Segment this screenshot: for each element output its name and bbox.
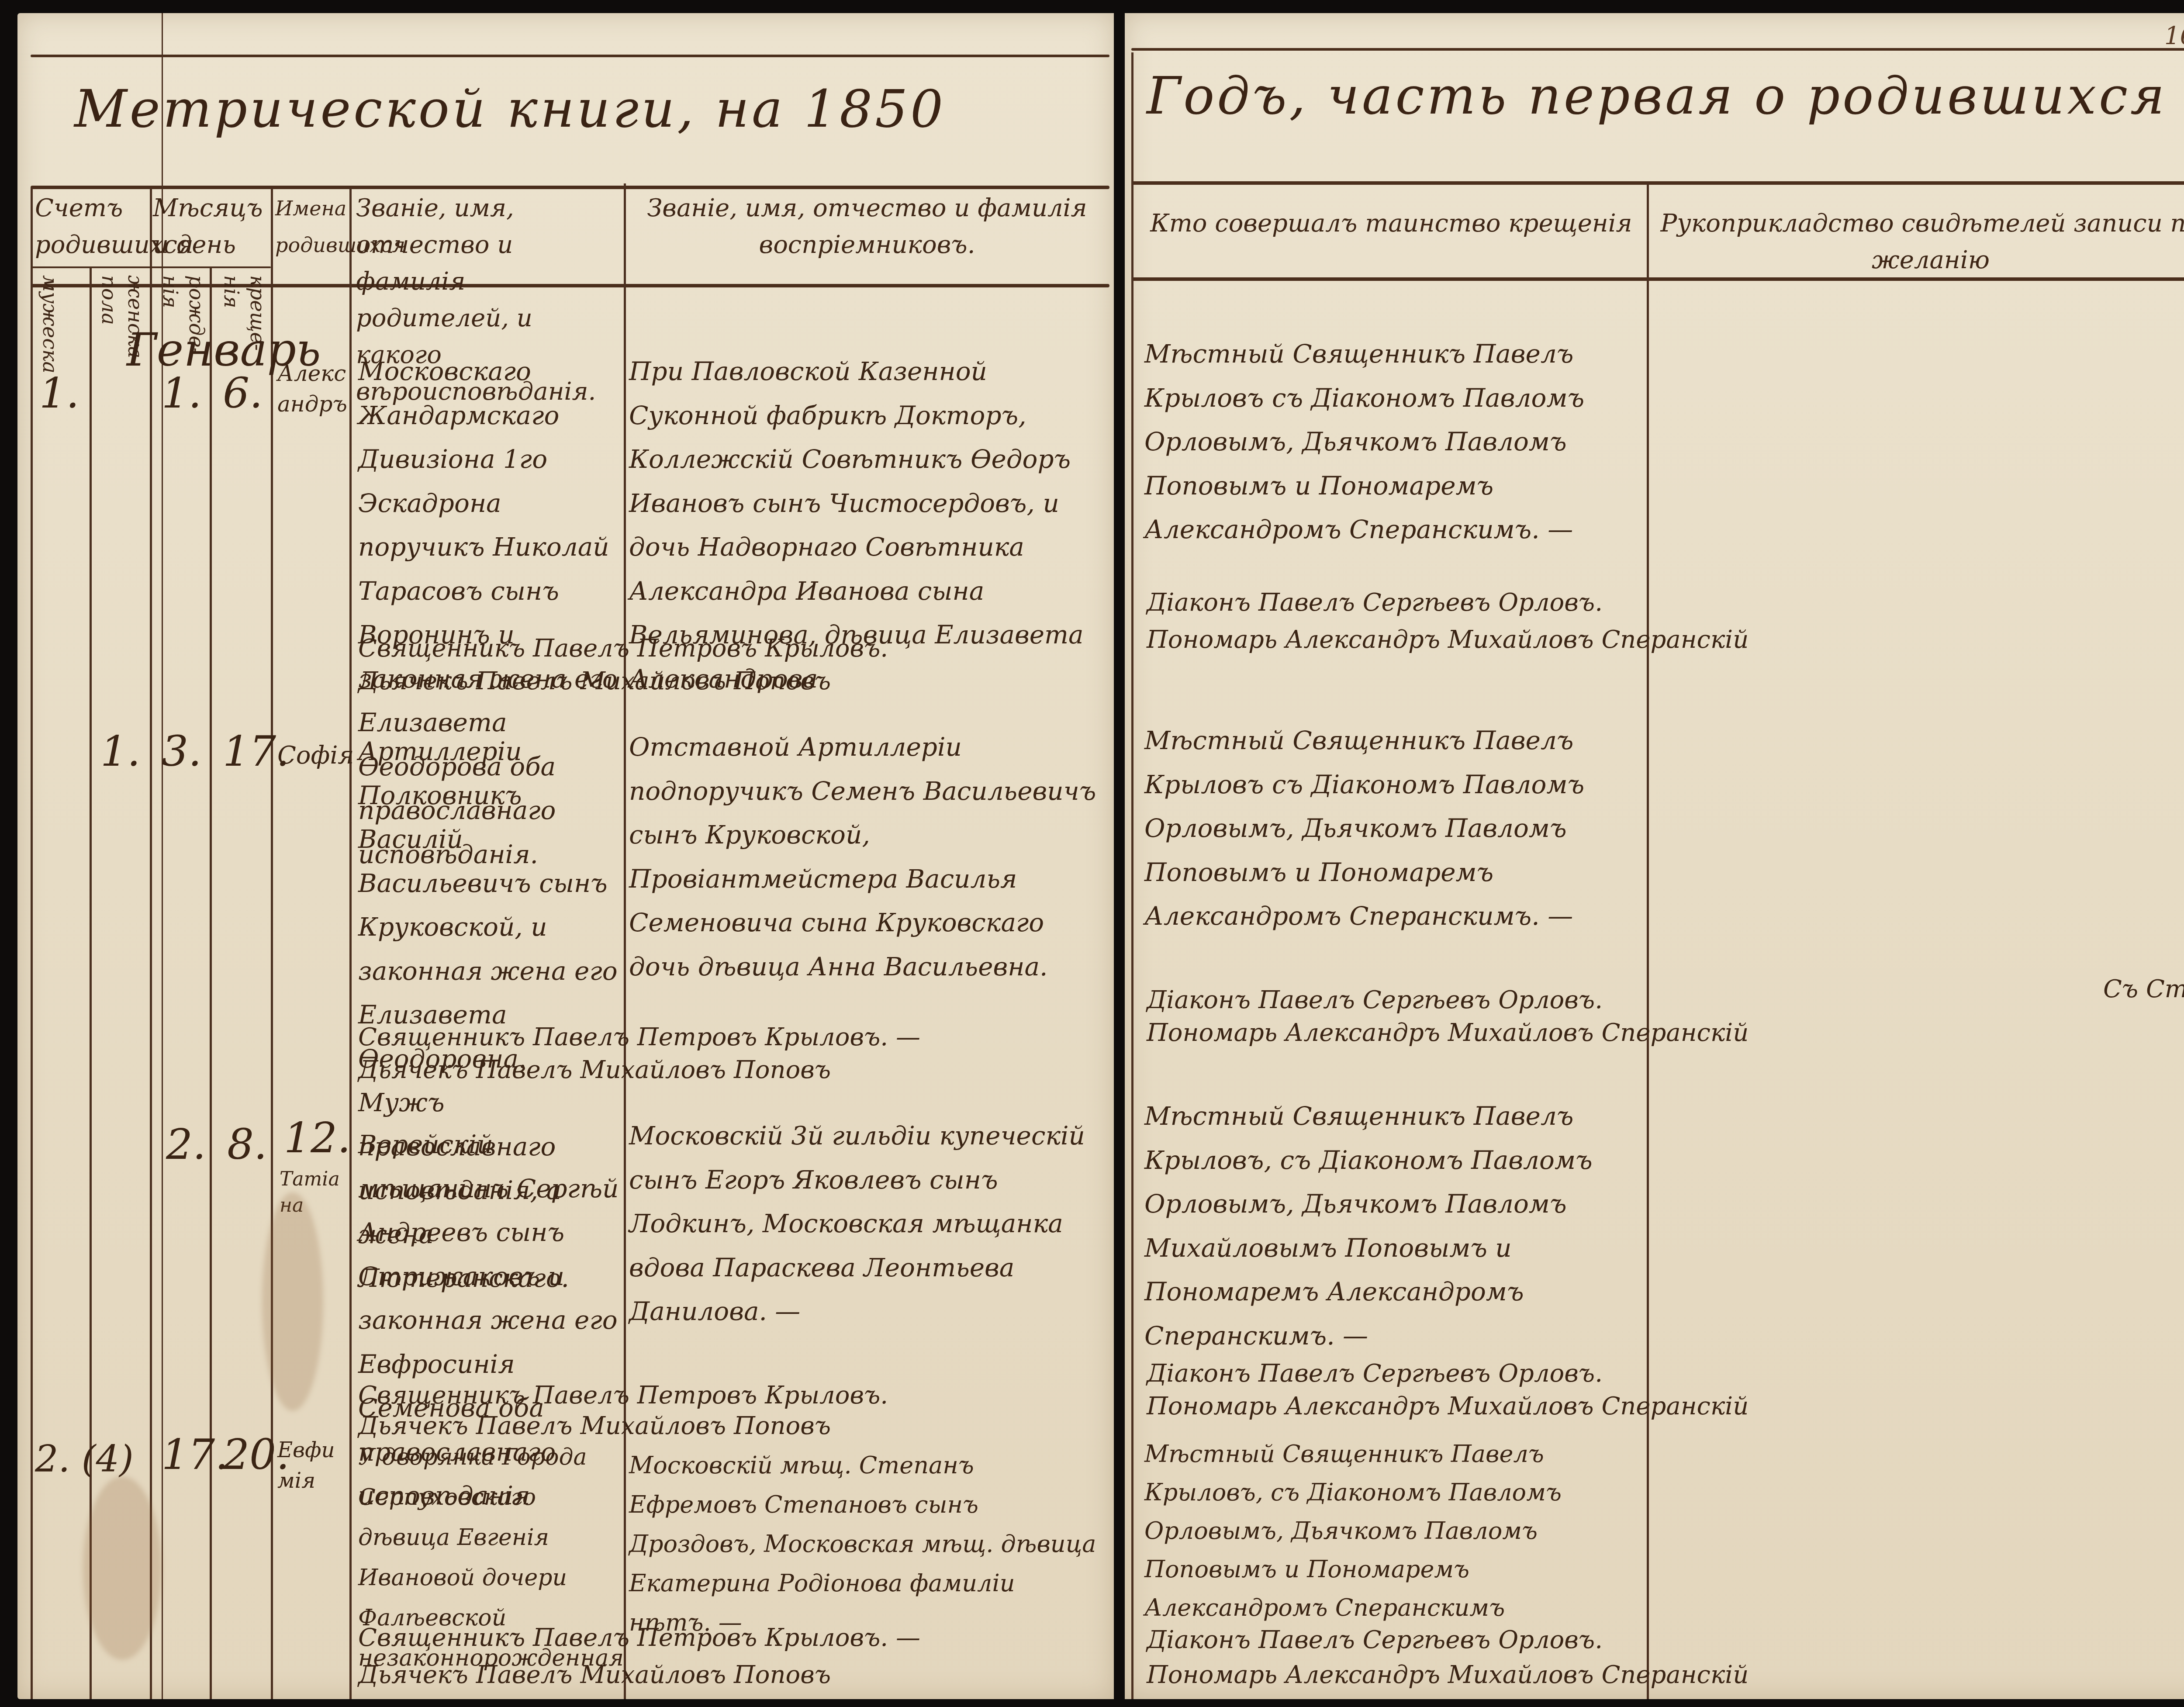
ink-stain [262,1192,323,1411]
header-baptism-day: креще­нія [218,275,271,319]
top-rule [31,55,1109,57]
right-page: 165 Годъ, часть первая о родившихся Кто … [1125,13,2184,1699]
entry-1-signature-sexton: Пономарь Александръ Михайловъ Сперанскій [1147,625,1749,655]
entry-3-performed-by: Мѣстный Священникъ Павелъ Крыловъ, съ Ді… [1144,1094,1642,1358]
entry-1-performed-by: Мѣстный Священникъ Павелъ Крыловъ съ Діа… [1144,332,1642,552]
entry-2-female: 1. [100,729,141,773]
entry-4-signature-deacon: Дьячекъ Павелъ Михайловъ Поповъ [358,1660,831,1690]
col-line [31,188,33,1699]
col-line [1131,52,1133,1699]
header-top-rule [1131,181,2184,185]
header-witness-signatures: Рукоприкладство свидѣтелей записи по жел… [1655,205,2184,279]
entry-1-baptism-day: 6. [223,371,263,415]
ink-stain [83,1476,162,1660]
entry-2-signature-priest: Священникъ Павелъ Петровъ Крыловъ. — [358,1022,920,1053]
entry-1-male: 1. [39,371,79,415]
entry-4-signature-priest: Священникъ Павелъ Петровъ Крыловъ. — [358,1623,920,1653]
entry-3-baptism-day: 12. [284,1116,351,1160]
entry-4-performed-by: Мѣстный Священникъ Павелъ Крыловъ, съ Ді… [1144,1435,1642,1627]
title-right: Годъ, часть первая о родившихся [1147,66,2167,126]
entry-1-signature-deacon: Дьячекъ Павелъ Михайловъ Поповъ [358,666,831,697]
entry-4-signature-sexton: Пономарь Александръ Михайловъ Сперанскій [1147,1660,1749,1690]
subheader-rule [31,266,271,268]
entry-1-signature-deacon2: Діаконъ Павелъ Сергѣевъ Орловъ. [1147,587,1603,618]
entry-4-signature-deacon2: Діаконъ Павелъ Сергѣевъ Орловъ. [1147,1625,1603,1655]
entry-3-signature-priest: Священникъ Павелъ Петровъ Крыловъ. [358,1380,888,1411]
entry-3-signature-sexton: Пономарь Александръ Михайловъ Сперанскій [1147,1391,1749,1422]
header-name: Имена родившихся [275,190,349,263]
header-month-day: Мѣсяцъ и день [153,190,271,263]
entry-1-name: Александръ [277,358,352,419]
entry-1-birth-day: 1. [162,371,202,415]
entry-3-female: 2. [166,1123,206,1166]
header-performed-by: Кто совершалъ таинство крещенія [1142,205,1640,242]
page-number: 165 [2164,22,2184,50]
entry-4-female: 2. (4) [35,1437,134,1481]
header-godparents: Званіе, имя, отчество и фамилія воспріем… [629,190,1105,263]
entry-2-margin-note: Съ Ст— [2103,974,2184,1005]
entry-2-signature-deacon2: Діаконъ Павелъ Сергѣевъ Орловъ. [1147,985,1603,1016]
entry-2-signature-sexton: Пономарь Александръ Михайловъ Сперанскій [1147,1018,1749,1048]
entry-4-godparents: Московскій мѣщ. Степанъ Ефремовъ Степано… [629,1446,1101,1642]
header-female: женска пола [96,275,149,319]
col-line [210,266,212,1699]
entry-2-name: Софія [277,734,352,777]
entry-1-signature-priest: Священникъ Павелъ Петровъ Крыловъ. [358,633,888,664]
entry-2-signature-deacon: Дьячекъ Павелъ Михайловъ Поповъ [358,1055,831,1085]
col-line [150,188,152,1699]
entry-3-godparents: Московскій 3й гильдіи купеческій сынъ Ег… [629,1114,1101,1334]
entry-3-birth-day: 8. [227,1123,267,1166]
title-left: Метрической книги, на 1850 [74,79,946,139]
header-birth-count: Счетъ родившихся [35,190,92,263]
col-line [1647,183,1649,1699]
entry-2-birth-day: 3. [162,729,202,773]
col-line [624,183,626,1699]
header-top-rule [31,186,1109,189]
entry-3-signature-deacon2: Діаконъ Павелъ Сергѣевъ Орловъ. [1147,1358,1603,1389]
top-rule [1131,48,2184,51]
header-birth-day: рожде­нія [157,275,210,319]
header-male: мужеска [37,275,63,319]
entry-4-name: Евфимія [277,1435,352,1496]
entry-4-birth-day: 17. [162,1433,228,1476]
col-line [90,266,92,1699]
entry-2-performed-by: Мѣстный Священникъ Павелъ Крыловъ съ Діа… [1144,719,1642,938]
entry-2-godparents: Отставной Артиллеріи подпоручикъ Семенъ … [629,725,1101,988]
left-page: Метрической книги, на 1850 Счетъ родивши… [17,13,1114,1699]
